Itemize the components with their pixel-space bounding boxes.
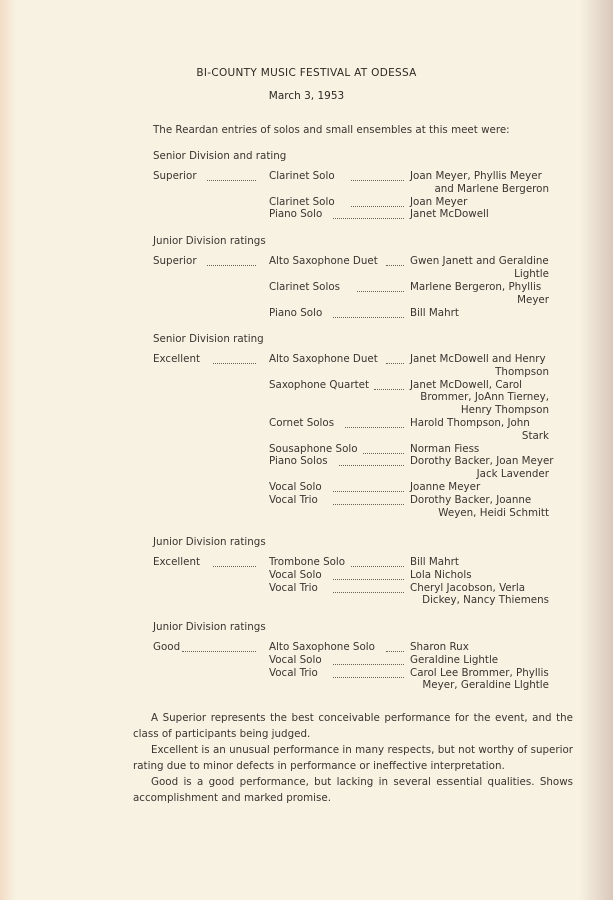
performer-names: Meyer — [517, 294, 549, 307]
leader-dots — [333, 503, 404, 505]
leader-dots — [207, 264, 256, 266]
event-name: Piano Solo — [269, 307, 322, 320]
leader-dots — [363, 452, 405, 454]
definition-paragraph: A Superior represents the best conceivab… — [133, 710, 573, 742]
performer-names: Geraldine Lightle — [410, 654, 498, 667]
leader-dots — [345, 426, 404, 428]
performer-names: Weyen, Heidi Schmitt — [438, 507, 549, 520]
performer-names: Thompson — [495, 366, 549, 379]
performer-names: Bill Mahrt — [410, 556, 459, 569]
definition-text: Good is a good performance, but lacking … — [133, 776, 573, 804]
page-edge-shadow-right — [579, 0, 613, 900]
leader-dots — [333, 663, 404, 665]
document-title: BI-COUNTY MUSIC FESTIVAL AT ODESSA — [0, 67, 613, 79]
event-name: Cornet Solos — [269, 417, 334, 430]
section-heading: Junior Division ratings — [153, 621, 266, 634]
performer-names: and Marlene Bergeron — [434, 183, 549, 196]
event-name: Vocal Trio — [269, 582, 318, 595]
performer-names: Bill Mahrt — [410, 307, 459, 320]
leader-dots — [351, 565, 404, 567]
performer-names: Janet McDowell, Carol — [410, 379, 522, 392]
event-name: Vocal Trio — [269, 494, 318, 507]
definition-paragraph: Excellent is an unusual performance in m… — [133, 742, 573, 774]
performer-names: Harold Thompson, John — [410, 417, 530, 430]
performer-names: Carol Lee Brommer, Phyllis — [410, 667, 549, 680]
leader-dots — [333, 316, 404, 318]
event-name: Piano Solos — [269, 455, 328, 468]
leader-dots — [339, 464, 404, 466]
performer-names: Marlene Bergeron, Phyllis — [410, 281, 541, 294]
rating-label: Excellent — [153, 556, 200, 569]
definition-paragraph: Good is a good performance, but lacking … — [133, 774, 573, 806]
rating-label: Superior — [153, 255, 197, 268]
performer-names: Janet McDowell — [410, 208, 489, 221]
performer-names: Dickey, Nancy Thiemens — [422, 594, 549, 607]
performer-names: Lightle — [514, 268, 549, 281]
intro-text: The Reardan entries of solos and small e… — [153, 124, 510, 137]
performer-names: Norman Fiess — [410, 443, 479, 456]
performer-names: Dorothy Backer, Joan Meyer — [410, 455, 554, 468]
leader-dots — [333, 676, 404, 678]
event-name: Sousaphone Solo — [269, 443, 358, 456]
definition-text: A Superior represents the best conceivab… — [133, 712, 573, 740]
leader-dots — [386, 362, 404, 364]
performer-names: Joan Meyer — [410, 196, 467, 209]
rating-label: Good — [153, 641, 180, 654]
leader-dots — [207, 179, 256, 181]
definition-text: Excellent is an unusual performance in m… — [133, 744, 573, 772]
performer-names: Lola Nichols — [410, 569, 472, 582]
event-name: Alto Saxophone Duet — [269, 255, 378, 268]
leader-dots — [357, 290, 404, 292]
leader-dots — [386, 650, 404, 652]
performer-names: Stark — [522, 430, 549, 443]
performer-names: Joan Meyer, Phyllis Meyer — [410, 170, 542, 183]
leader-dots — [386, 264, 404, 266]
section-heading: Junior Division ratings — [153, 536, 266, 549]
event-name: Clarinet Solo — [269, 196, 335, 209]
leader-dots — [374, 388, 404, 390]
leader-dots — [351, 179, 404, 181]
rating-label: Excellent — [153, 353, 200, 366]
leader-dots — [333, 490, 404, 492]
performer-names: Henry Thompson — [461, 404, 549, 417]
leader-dots — [333, 217, 404, 219]
performer-names: Gwen Janett and Geraldine — [410, 255, 549, 268]
leader-dots — [182, 650, 256, 652]
event-name: Alto Saxophone Solo — [269, 641, 375, 654]
event-name: Vocal Solo — [269, 654, 322, 667]
performer-names: Cheryl Jacobson, Verla — [410, 582, 525, 595]
rating-label: Superior — [153, 170, 197, 183]
document-date: March 3, 1953 — [0, 90, 613, 102]
performer-names: Janet McDowell and Henry — [410, 353, 546, 366]
section-heading: Junior Division ratings — [153, 235, 266, 248]
event-name: Vocal Trio — [269, 667, 318, 680]
section-heading: Senior Division rating — [153, 333, 264, 346]
performer-names: Dorothy Backer, Joanne — [410, 494, 531, 507]
performer-names: Sharon Rux — [410, 641, 469, 654]
event-name: Alto Saxophone Duet — [269, 353, 378, 366]
event-name: Vocal Solo — [269, 569, 322, 582]
event-name: Saxophone Quartet — [269, 379, 369, 392]
leader-dots — [213, 362, 256, 364]
performer-names: Jack Lavender — [477, 468, 549, 481]
event-name: Vocal Solo — [269, 481, 322, 494]
event-name: Clarinet Solo — [269, 170, 335, 183]
leader-dots — [213, 565, 256, 567]
performer-names: Meyer, Geraldine Llghtle — [422, 679, 549, 692]
leader-dots — [333, 591, 404, 593]
leader-dots — [351, 205, 404, 207]
section-heading: Senior Division and rating — [153, 150, 286, 163]
leader-dots — [333, 578, 404, 580]
performer-names: Joanne Meyer — [410, 481, 480, 494]
performer-names: Brommer, JoAnn Tierney, — [420, 391, 549, 404]
event-name: Piano Solo — [269, 208, 322, 221]
event-name: Clarinet Solos — [269, 281, 340, 294]
page-edge-shadow-left — [0, 0, 16, 900]
event-name: Trombone Solo — [269, 556, 345, 569]
